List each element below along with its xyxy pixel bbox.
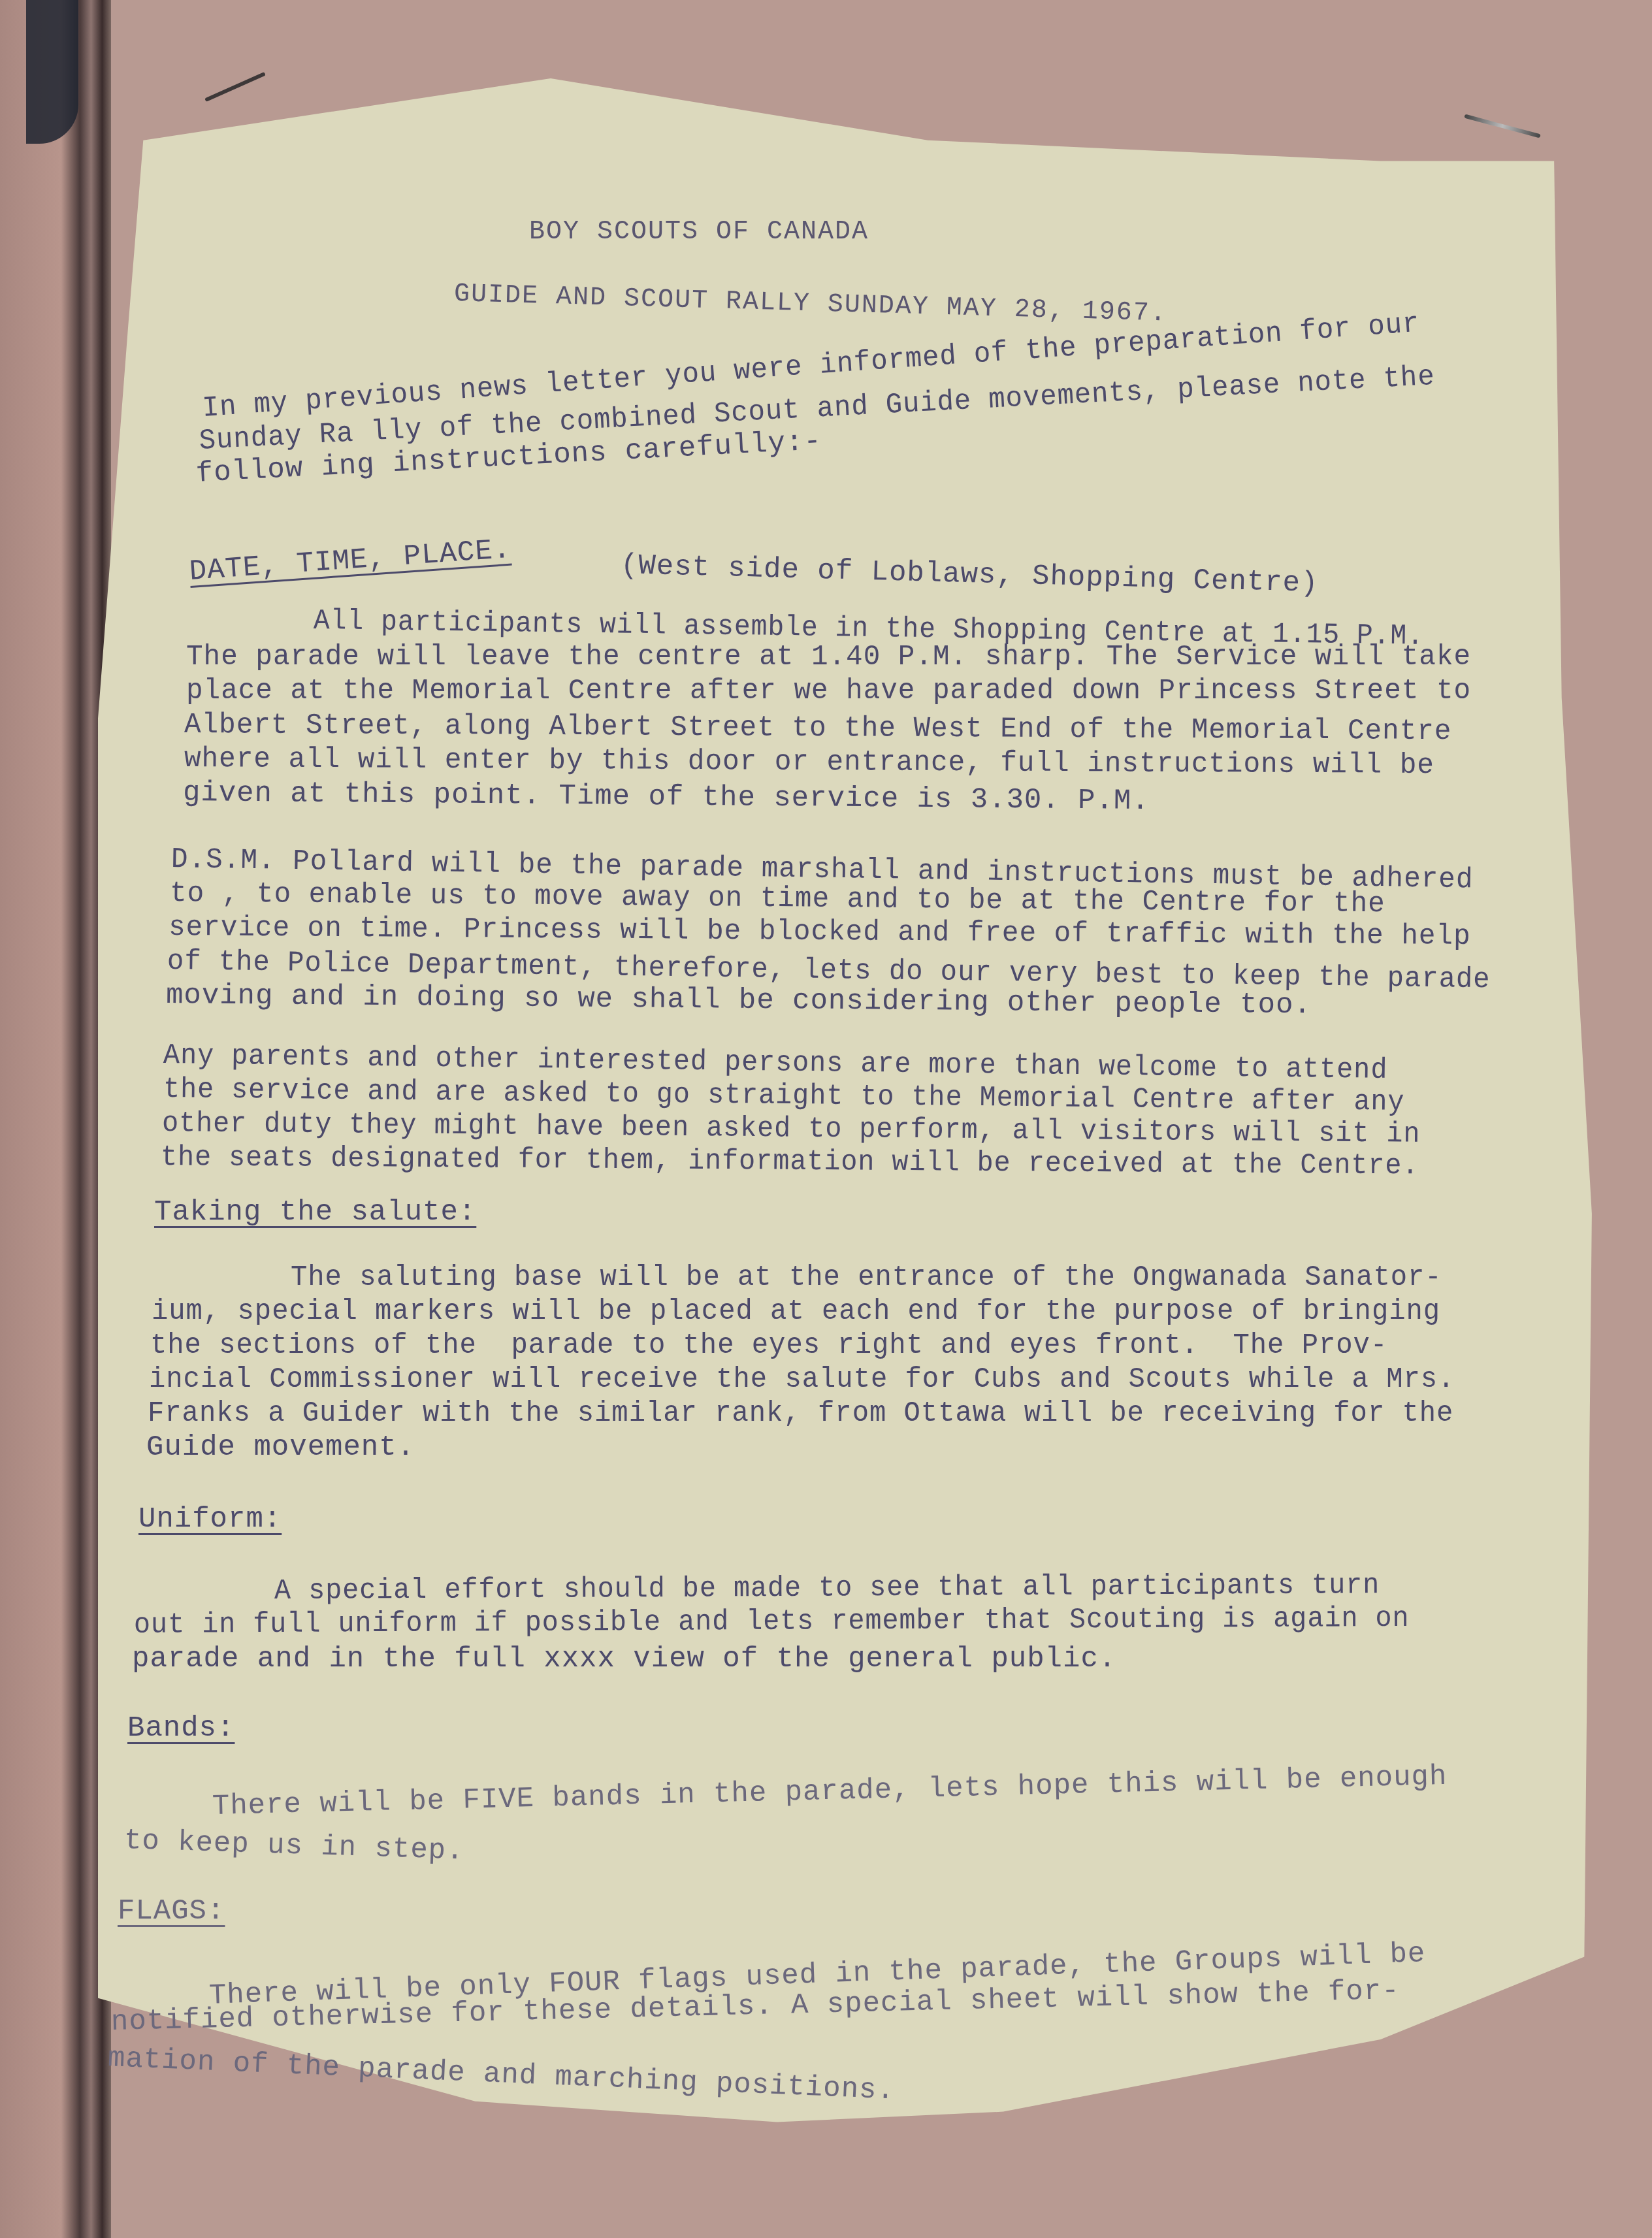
body-line: given at this point. Time of the service…	[183, 776, 1150, 819]
body-line: ium, special markers will be placed at e…	[152, 1295, 1440, 1329]
body-line: Guide movement.	[146, 1431, 415, 1465]
body-line: mation of the parade and marching positi…	[107, 2041, 896, 2108]
section-heading-flags: FLAGS:	[118, 1894, 225, 1928]
body-line: out in full uniform if possible and lets…	[134, 1602, 1410, 1642]
section-heading-date-time-place: DATE, TIME, PLACE.	[188, 533, 512, 589]
organization-title: BOY SCOUTS OF CANADA	[529, 216, 869, 250]
body-line: incial Commissioner will receive the sal…	[149, 1363, 1455, 1397]
document: BOY SCOUTS OF CANADA GUIDE AND SCOUT RAL…	[0, 0, 1652, 2238]
event-title: GUIDE AND SCOUT RALLY SUNDAY MAY 28, 196…	[453, 278, 1167, 331]
body-line: parade and in the full xxxx view of the …	[132, 1642, 1116, 1676]
body-line: place at the Memorial Centre after we ha…	[186, 674, 1471, 708]
body-line: where all will enter by this door or ent…	[184, 742, 1434, 783]
body-line: There will be FIVE bands in the parade, …	[212, 1760, 1448, 1824]
body-line: the sections of the parade to the eyes r…	[150, 1329, 1387, 1363]
section-heading-taking-the-salute: Taking the salute:	[154, 1195, 476, 1229]
body-line: The saluting base will be at the entranc…	[291, 1261, 1442, 1295]
body-line: Franks a Guider with the similar rank, f…	[148, 1397, 1453, 1431]
section-heading-uniform: Uniform:	[138, 1502, 282, 1536]
section-heading-bands: Bands:	[127, 1711, 235, 1745]
body-line: to keep us in step.	[123, 1824, 464, 1868]
body-line: The parade will leave the centre at 1.40…	[186, 640, 1471, 674]
location-note: (West side of Loblaws, Shopping Centre)	[620, 549, 1319, 601]
